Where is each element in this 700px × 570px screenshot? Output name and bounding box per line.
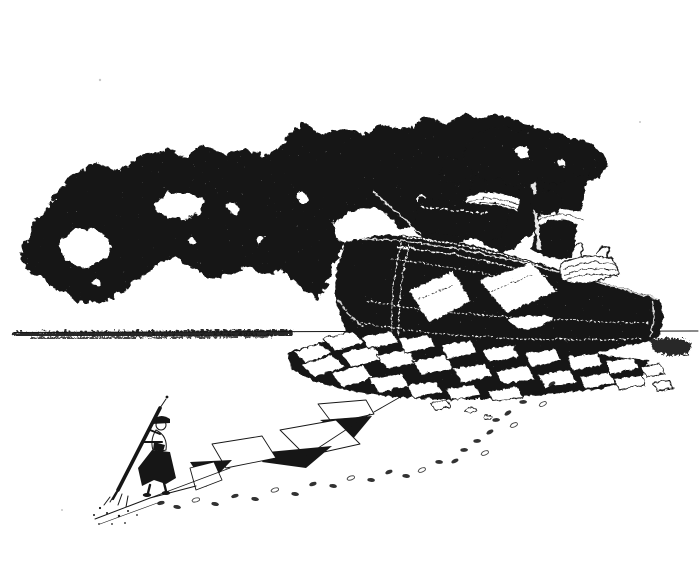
ice-pole-blade (113, 490, 118, 499)
ice-crack-zigzag (95, 396, 402, 524)
footprint (271, 488, 279, 493)
footprint (460, 447, 468, 453)
footprint (539, 401, 547, 407)
dust-speck (99, 79, 101, 81)
footprint (211, 502, 219, 507)
footprint (473, 438, 481, 444)
distant-shore (648, 336, 690, 354)
skater-leg (164, 483, 166, 491)
skater-foot (162, 491, 170, 495)
ice-cutter-figure (93, 396, 176, 525)
skater-coat (138, 450, 176, 486)
footprint (329, 483, 337, 488)
dust-speck (639, 121, 641, 123)
stipple-grain (0, 0, 700, 570)
pole-top-knob (166, 396, 169, 399)
dust-speck (61, 509, 63, 511)
ice-floe-bit (465, 407, 475, 412)
ice-floe-bit (483, 414, 491, 418)
footprint (435, 459, 443, 464)
footprint (418, 467, 426, 472)
footprint (504, 410, 513, 417)
footprint (192, 498, 200, 502)
icebreaker-illustration (0, 0, 700, 570)
footprint (492, 417, 501, 423)
footprint (231, 494, 239, 499)
footprint (309, 482, 317, 487)
footprint (451, 458, 459, 464)
illustration-canvas (0, 0, 700, 570)
footprint (157, 501, 165, 505)
crack-seam (374, 396, 402, 412)
footprint (519, 399, 527, 405)
footprint (291, 492, 299, 497)
footprint (367, 477, 375, 482)
ice-floe-bit (430, 399, 450, 409)
footprint (486, 429, 494, 435)
footprint (385, 469, 393, 474)
footprint (173, 505, 181, 509)
footprint (510, 422, 518, 428)
footprint (481, 450, 489, 455)
pole-tip-splash (93, 492, 138, 525)
footprint (347, 476, 355, 481)
footprint (251, 497, 259, 502)
footprint (402, 473, 410, 478)
ice-slab (652, 379, 672, 390)
skater-leg (148, 485, 150, 493)
crack-seam (95, 486, 196, 519)
pole-top-flick (160, 399, 166, 408)
skater-foot (143, 493, 151, 497)
